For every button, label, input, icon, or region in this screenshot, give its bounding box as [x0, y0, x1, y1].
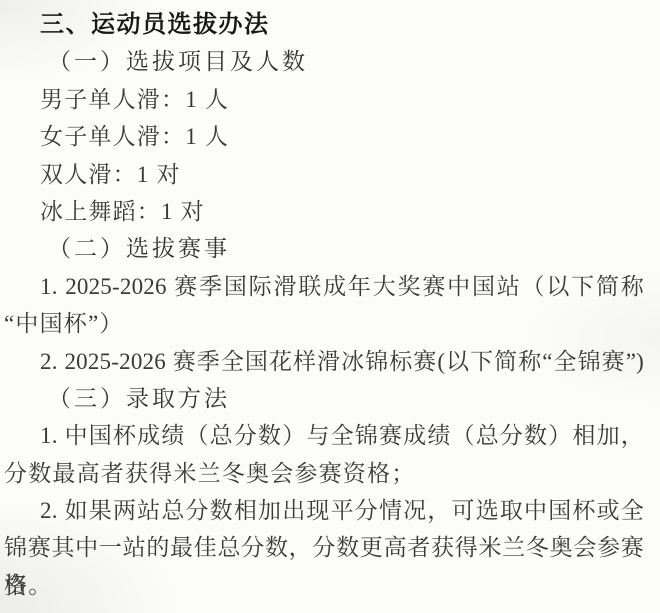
paragraph-line: 2. 2025-2026 赛季全国花样滑冰锦标赛(以下简称“全锦赛”) [2, 343, 644, 380]
subsection-heading: （二）选拔赛事 [2, 230, 644, 267]
paragraph-line: 男子单人滑：1 人 [2, 81, 644, 118]
paragraph-line: 女子单人滑：1 人 [2, 118, 644, 155]
subsection-heading: （一）选拔项目及人数 [2, 43, 644, 80]
section-heading: 三、运动员选拔办法 [2, 6, 644, 43]
paragraph-line: 2. 如果两站总分数相加出现平分情况，可选取中国杯或全 [2, 492, 644, 529]
paragraph-line: 1. 中国杯成绩（总分数）与全锦赛成绩（总分数）相加， [2, 417, 644, 454]
paragraph-line: 冰上舞蹈：1 对 [2, 193, 644, 230]
paragraph-line: 双人滑：1 对 [2, 156, 644, 193]
paragraph-continuation-line: 分数最高者获得米兰冬奥会参赛资格； [2, 455, 644, 492]
document-page: 三、运动员选拔办法（一）选拔项目及人数男子单人滑：1 人女子单人滑：1 人双人滑… [0, 0, 660, 613]
subsection-heading: （三）录取方法 [2, 380, 644, 417]
paragraph-line: 1. 2025-2026 赛季国际滑联成年大奖赛中国站（以下简称 [2, 268, 644, 305]
document-lines: 三、运动员选拔办法（一）选拔项目及人数男子单人滑：1 人女子单人滑：1 人双人滑… [2, 6, 644, 604]
paragraph-continuation-line: 格。 [2, 567, 644, 604]
paragraph-continuation-line: “中国杯”） [2, 305, 644, 342]
paragraph-continuation-line: 锦赛其中一站的最佳总分数，分数更高者获得米兰冬奥会参赛资 [2, 529, 644, 566]
